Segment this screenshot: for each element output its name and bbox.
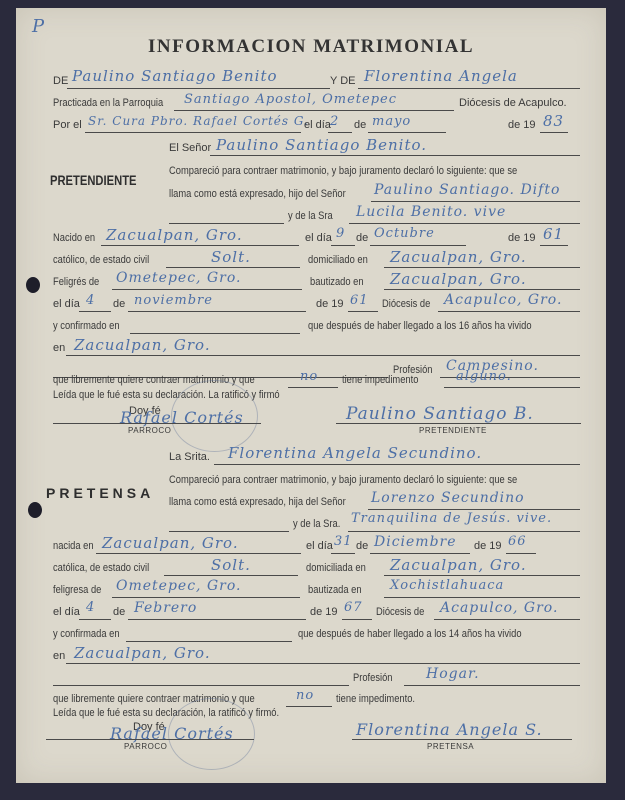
bride-bapt-month-field[interactable]: Febrero: [134, 600, 197, 616]
bautizada-label: bautizada en: [308, 584, 362, 596]
bride-diocese-field[interactable]: Acapulco, Gro.: [440, 600, 558, 616]
groom-baptism-place-field[interactable]: Zacualpan, Gro.: [390, 270, 527, 288]
birth-de-label: de: [356, 232, 368, 244]
diocesis-text: Diócesis de Acapulco.: [459, 97, 567, 109]
sra-label: y de la Sra: [288, 210, 333, 222]
pretensa-bapt-de-label: de: [113, 606, 125, 618]
corner-mark: P: [32, 16, 45, 37]
bride-mother-field[interactable]: Tranquilina de Jesús. vive.: [351, 511, 552, 526]
catolica-label: católica, de estado civil: [53, 562, 149, 574]
bride-parish-field[interactable]: Ometepec, Gro.: [116, 578, 241, 594]
bride-baptism-place-field[interactable]: Xochistlahuaca: [390, 578, 504, 593]
groom-birthplace-field[interactable]: Zacualpan, Gro.: [106, 226, 243, 244]
groom-name-field[interactable]: Paulino Santiago Benito: [72, 67, 278, 85]
pretensa-bapt-de19-label: de 19: [310, 606, 338, 618]
bapt-de19-label: de 19: [316, 298, 344, 310]
pretensa-profesion-label: Profesión: [353, 672, 393, 684]
matrimonial-form-page: P INFORMACION MATRIMONIAL DE Paulino San…: [16, 8, 606, 783]
year-field[interactable]: 83: [543, 112, 564, 130]
bapt-el-dia-label: el día: [53, 298, 80, 310]
bride-bapt-year-field[interactable]: 67: [344, 600, 363, 615]
pretensa-section-label: PRETENSA: [46, 485, 154, 501]
pretensa-el-dia-label: el día: [306, 540, 333, 552]
bride-father-field[interactable]: Lorenzo Secundino: [371, 490, 525, 506]
punch-hole-bottom: [28, 502, 42, 518]
feligresa-label: feligresa de: [53, 584, 101, 596]
bride-domicile-field[interactable]: Zacualpan, Gro.: [390, 556, 527, 574]
srita-label: La Srita.: [169, 451, 210, 463]
parroco-signature: Rafael Cortés: [120, 408, 244, 427]
bride-bapt-day-field[interactable]: 4: [86, 600, 95, 615]
diocesis-label: Diócesis de: [382, 298, 430, 310]
birth-el-dia-label: el día: [305, 232, 332, 244]
confirmada-label: y confirmada en: [53, 628, 120, 640]
bride-birthplace-field[interactable]: Zacualpan, Gro.: [102, 534, 239, 552]
bride-name-field[interactable]: Florentina Angela: [364, 67, 518, 85]
groom-mother-field[interactable]: Lucila Benito. vive: [356, 204, 506, 220]
groom-bapt-year-field[interactable]: 61: [350, 293, 369, 308]
bride-impediment-answer-field[interactable]: no: [296, 688, 314, 703]
pretensa-declaration-text: Compareció para contraer matrimonio, y b…: [169, 474, 517, 486]
en-label: en: [53, 342, 65, 354]
parroco-caption: PARROCO: [128, 426, 171, 435]
bride-civil-status-field[interactable]: Solt.: [211, 556, 251, 574]
pretensa-caption: PRETENSA: [427, 742, 474, 751]
pretensa-parroco-caption: PARROCO: [124, 742, 167, 751]
nacida-label: nacida en: [53, 540, 94, 552]
groom-bapt-month-field[interactable]: noviembre: [134, 293, 213, 308]
declaration-text: Compareció para contraer matrimonio, y b…: [169, 165, 517, 177]
groom-bapt-day-field[interactable]: 4: [86, 293, 95, 308]
pretensa-diocesis-label: Diócesis de: [376, 606, 424, 618]
feligres-label: Feligrés de: [53, 276, 99, 288]
por-el-label: Por el: [53, 119, 82, 131]
bapt-de-label: de: [113, 298, 125, 310]
groom-domicile-field[interactable]: Zacualpan, Gro.: [390, 248, 527, 266]
bride-signature: Florentina Angela S.: [356, 720, 543, 739]
pretensa-impedimento-text: tiene impedimento.: [336, 693, 415, 705]
groom-impediment-answer-field[interactable]: no: [300, 369, 318, 384]
pretendiente-section-label: PRETENDIENTE: [50, 172, 137, 188]
de-label: DE: [53, 75, 68, 87]
groom-diocese-field[interactable]: Acapulco, Gro.: [444, 292, 562, 308]
bautizado-label: bautizado en: [310, 276, 364, 288]
pretensa-bapt-el-dia-label: el día: [53, 606, 80, 618]
groom-birth-month-field[interactable]: Octubre: [374, 226, 435, 241]
groom-signature: Paulino Santiago B.: [346, 404, 534, 424]
pretensa-de-label: de: [356, 540, 368, 552]
pretensa-sra-label: y de la Sra.: [293, 518, 340, 530]
groom-birth-day-field[interactable]: 9: [336, 226, 345, 241]
groom-impediment-detail-field[interactable]: alguno.: [456, 369, 512, 384]
hijo-label: llama como está expresado, hijo del Seño…: [169, 188, 346, 200]
nacido-label: Nacido en: [53, 232, 95, 244]
bride-profession-field[interactable]: Hogar.: [426, 666, 480, 682]
bride-name-field-2[interactable]: Florentina Angela Secundino.: [228, 444, 482, 462]
pretensa-lived-text: que después de haber llegado a los 14 añ…: [298, 628, 522, 640]
pretensa-en-label: en: [53, 650, 65, 662]
groom-parish-field[interactable]: Ometepec, Gro.: [116, 270, 241, 286]
parroquia-field[interactable]: Santiago Apostol, Ometepec: [184, 92, 397, 107]
year-prefix: de 19: [508, 119, 536, 131]
domiciliado-label: domiciliado en: [308, 254, 368, 266]
parroquia-label: Practicada en la Parroquia: [53, 97, 163, 109]
birth-de19-label: de 19: [508, 232, 536, 244]
impedimento-text: tiene impedimento: [342, 374, 418, 386]
bride-lived-in-field[interactable]: Zacualpan, Gro.: [74, 644, 211, 662]
groom-civil-status-field[interactable]: Solt.: [211, 248, 251, 266]
de-label-2: de: [354, 119, 366, 131]
bride-birth-day-field[interactable]: 31: [334, 534, 353, 549]
el-dia-label: el día: [304, 119, 331, 131]
pretendiente-caption: PRETENDIENTE: [419, 426, 487, 435]
senor-label: El Señor: [169, 142, 211, 154]
pretensa-parroco-signature: Rafael Cortés: [110, 724, 234, 743]
day-field[interactable]: 2: [330, 114, 339, 129]
bride-birth-month-field[interactable]: Diciembre: [374, 534, 457, 550]
confirmado-label: y confirmado en: [53, 320, 120, 332]
form-title: INFORMACION MATRIMONIAL: [16, 36, 606, 58]
month-field[interactable]: mayo: [372, 114, 411, 129]
catolico-label: católico, de estado civil: [53, 254, 149, 266]
pretensa-de19-label: de 19: [474, 540, 502, 552]
officiant-field[interactable]: Sr. Cura Pbro. Rafael Cortés G.: [88, 114, 309, 128]
hija-label: llama como está expresado, hija del Seño…: [169, 496, 346, 508]
domiciliada-label: domiciliada en: [306, 562, 366, 574]
groom-father-field[interactable]: Paulino Santiago. Difto: [374, 182, 560, 198]
groom-birth-year-field[interactable]: 61: [543, 225, 564, 243]
bride-birth-year-field[interactable]: 66: [508, 534, 527, 549]
lived-text: que después de haber llegado a los 16 añ…: [308, 320, 532, 332]
groom-lived-in-field[interactable]: Zacualpan, Gro.: [74, 336, 211, 354]
groom-name-field-2[interactable]: Paulino Santiago Benito.: [216, 136, 427, 154]
y-de-label: Y DE: [330, 75, 355, 87]
punch-hole-top: [26, 277, 40, 293]
